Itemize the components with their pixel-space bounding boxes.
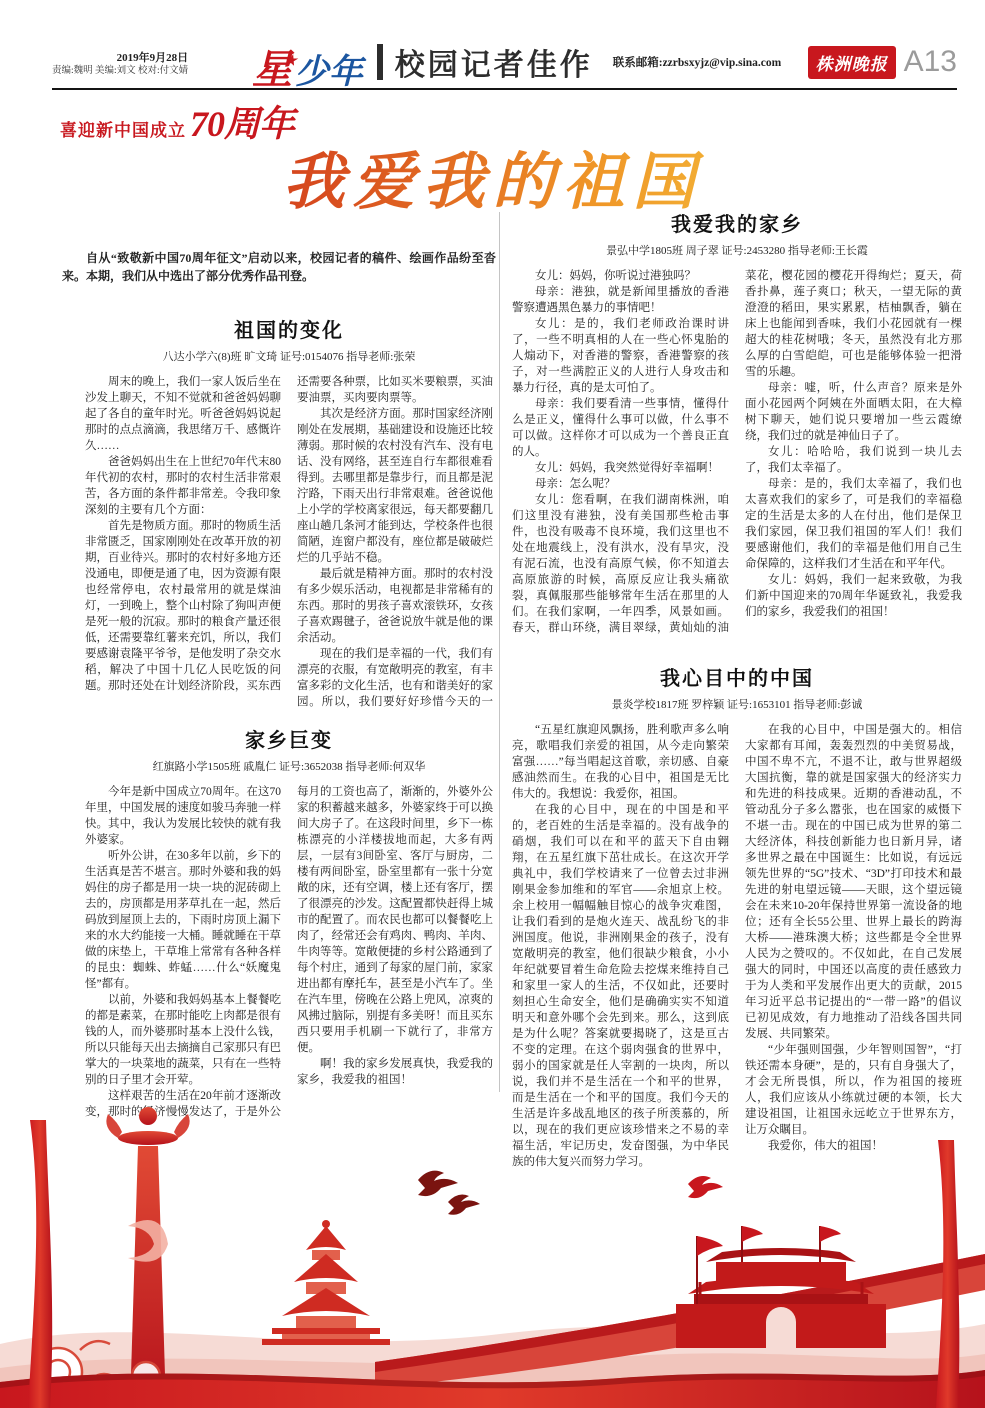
article-title: 祖国的变化: [85, 314, 493, 343]
publication-date: 2019年9月28日: [52, 52, 188, 66]
xingshaonian-logo: 星★少年: [252, 38, 363, 95]
article-body: 女儿：妈妈，你听说过港独吗？母亲：港独，就是新闻里播放的香港警察遭遇黑色暴力的事…: [512, 268, 962, 678]
peony-flowers-icon: [30, 1341, 160, 1408]
article-paragraph: 女儿：妈妈，你听说过港独吗？: [512, 268, 729, 284]
article-byline: 景炎学校1817班 罗梓颖 证号:1653101 指导老师:彭诚: [512, 696, 962, 712]
article-body: “五星红旗迎风飘扬，胜利歌声多么响亮，歌唱我们亲爱的祖国，从今走向繁荣富强……”…: [512, 722, 962, 1270]
article-paragraph: 母亲：港独，就是新闻里播放的香港警察遭遇黑色暴力的事情吧！: [512, 284, 729, 316]
article-jiaxiang-jubian: 家乡巨变 红旗路小学1505班 戚胤仁 证号:3652038 指导老师:何双华 …: [85, 724, 493, 1120]
article-wo-ai-wo-de-jiaxiang: 我爱我的家乡 景弘中学1805班 周子翠 证号:2453280 指导老师:王长霞…: [512, 208, 962, 678]
logo-shaonian-characters: 少年: [295, 53, 363, 91]
article-paragraph: 我爱你，伟大的祖国！: [745, 1138, 962, 1154]
article-body: 周末的晚上，我们一家人饭后坐在沙发上聊天，不知不觉就和爸爸妈妈聊起了各自的童年时…: [85, 374, 493, 720]
page-header: 2019年9月28日 责编:魏明 美编:刘文 校对:付文婧 星★少年 校园记者佳…: [52, 36, 957, 90]
article-title: 我心目中的中国: [512, 662, 962, 691]
article-paragraph: “少年强则国强，少年智则国智”，“打铁还需本身硬”，是的，只有自身强大了，才会无…: [745, 1042, 962, 1138]
article-paragraph: 今年是新中国成立70周年。在这70年里，中国发展的速度如骏马奔驰一样快。其中，我…: [85, 784, 281, 848]
article-paragraph: “五星红旗迎风飘扬，胜利歌声多么响亮，歌唱我们亲爱的祖国，从今走向繁荣富强……”…: [512, 722, 729, 802]
article-paragraph: 听外公讲，在30多年以前，乡下的生活真是苦不堪言。那时外婆和我的妈妈住的房子都是…: [85, 848, 281, 992]
article-paragraph: 以前，外婆和我妈妈基本上餐餐吃的都是素菜，在那时能吃上肉都是很有钱的人，而外婆那…: [85, 992, 281, 1088]
article-wo-xinmu-zhong-de-zhongguo: 我心目中的中国 景炎学校1817班 罗梓颖 证号:1653101 指导老师:彭诚…: [512, 662, 962, 1270]
article-paragraph: 在我的心目中，中国是强大的。相信大家都有耳闻，轰轰烈烈的中美贸易战，中国不卑不亢…: [745, 722, 962, 1042]
article-paragraph: 周末的晚上，我们一家人饭后坐在沙发上聊天，不知不觉就和爸爸妈妈聊起了各自的童年时…: [85, 374, 281, 454]
newspaper-masthead: 株洲晚报: [808, 46, 896, 79]
article-paragraph: 母亲：怎么呢？: [512, 476, 729, 492]
section-divider-bar: [377, 44, 383, 80]
article-paragraph: 其次是经济方面。那时国家经济刚刚处在发展期，基础建设和设施还比较薄弱。那时候的农…: [297, 406, 493, 566]
ribbon-decoration: [0, 1370, 985, 1408]
article-paragraph: 母亲：是的，我们太幸福了，我们也太喜欢我们的家乡了，可是我们的幸福稳定的生活是太…: [745, 476, 962, 572]
article-paragraph: 女儿：妈妈，我突然觉得好幸福啊！: [512, 460, 729, 476]
article-paragraph: 最后就是精神方面。那时的农村没有多少娱乐活动，电视都是非常稀有的东西。那时的男孩…: [297, 566, 493, 646]
article-byline: 八达小学六(8)班 旷文琦 证号:0154076 指导老师:张荣: [85, 348, 493, 364]
article-paragraph: 啊！我的家乡发展真快，我爱我的家乡，我爱我的祖国！: [297, 1056, 493, 1088]
article-paragraph: 女儿：妈妈，我们一起来致敬，为我们新中国迎来的70周年华诞致礼，我爱我们的家乡，…: [745, 572, 962, 620]
section-title: 校园记者佳作: [395, 40, 593, 84]
huabiao-pillar-icon: [106, 1107, 189, 1408]
great-wall-icon: [375, 1254, 985, 1388]
page-number: A13: [904, 45, 957, 79]
article-paragraph: 在我的心目中，现在的中国是和平的，老百姓的生活是幸福的。没有战争的硝烟，我们可以…: [512, 802, 729, 1170]
article-paragraph: 自从“致敬新中国70周年征文”启动以来，校园记者的稿件、绘画作品纷至沓来。本期，…: [62, 250, 496, 285]
column-divider: [499, 212, 500, 1092]
article-title: 家乡巨变: [85, 724, 493, 753]
article-byline: 景弘中学1805班 周子翠 证号:2453280 指导老师:王长霞: [512, 242, 962, 258]
intro-paragraph: 自从“致敬新中国70周年征文”启动以来，校园记者的稿件、绘画作品纷至沓来。本期，…: [62, 250, 496, 285]
background-hills: [0, 1324, 985, 1408]
contact-email: 联系邮箱:zzrbsxyjz@vip.sina.com: [613, 54, 782, 70]
article-paragraph: 母亲：嘘，听，什么声音？原来是外面小花园两个阿姨在外面晒太阳，在大樟树下聊天，她…: [745, 380, 962, 444]
editors-line: 责编:魏明 美编:刘文 校对:付文婧: [52, 66, 188, 78]
article-paragraph: 爸爸妈妈出生在上世纪70年代末80年代初的农村，那时的农村生活非常艰苦，各方面的…: [85, 454, 281, 518]
article-paragraph: 母亲：我们要看清一些事情，懂得什么是正义，懂得什么事可以做，什么事不可以做。这样…: [512, 396, 729, 460]
article-body: 今年是新中国成立70周年。在这70年里，中国发展的速度如骏马奔驰一样快。其中，我…: [85, 784, 493, 1120]
article-paragraph: 女儿：哈哈哈，我们说到一块儿去了，我们太幸福了。: [745, 444, 962, 476]
date-block: 2019年9月28日 责编:魏明 美编:刘文 校对:付文婧: [52, 52, 188, 78]
temple-of-heaven-icon: [262, 1220, 390, 1345]
article-title: 我爱我的家乡: [512, 208, 962, 237]
newspaper-page: 2019年9月28日 责编:魏明 美编:刘文 校对:付文婧 星★少年 校园记者佳…: [0, 0, 985, 1408]
article-paragraph: 女儿：是的，我们老师政治课时讲了，一些不明真相的人在一些心怀鬼胎的人煽动下，对香…: [512, 316, 729, 396]
article-byline: 红旗路小学1505班 戚胤仁 证号:3652038 指导老师:何双华: [85, 758, 493, 774]
article-zuguo-de-bianhua: 祖国的变化 八达小学六(8)班 旷文琦 证号:0154076 指导老师:张荣 周…: [85, 314, 493, 720]
star-icon: ★: [284, 52, 297, 68]
